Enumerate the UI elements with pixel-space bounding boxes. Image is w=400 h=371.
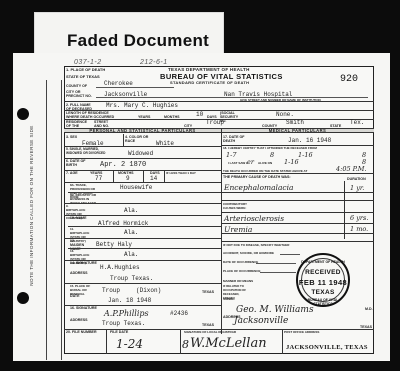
underline: [96, 87, 174, 88]
attended-from-year: 8: [270, 151, 274, 159]
contributory-duration: 1 mo.: [350, 225, 368, 233]
stamp-arc-bottom: BUREAU OF VITAL STATISTICS: [298, 298, 348, 306]
undertaker-signature-label: 16. SIGNATURE: [70, 306, 97, 310]
undertaker-signature: A.P.Phillips: [104, 309, 149, 318]
age-years: 77: [95, 175, 102, 182]
date-of-death: Jan. 16 1948: [288, 137, 331, 144]
date-occurrence-label: DATE OF OCCURRENCE: [223, 260, 258, 264]
stamp-date: FEB 11 1948: [298, 278, 348, 287]
divider: [64, 215, 221, 216]
primary-duration: 1 yr.: [350, 184, 364, 192]
age-less-label: IF LESS THAN 1 DAY: [166, 171, 196, 175]
alive-on: 1-16: [284, 158, 299, 166]
underline: [256, 263, 296, 264]
cell-divider: [143, 170, 144, 182]
birthplace-value: Ala.: [124, 207, 138, 214]
contributory-label: CONTRIBUTORY CAUSES WERE:: [223, 202, 253, 210]
residence-length-label: LENGTH OF RESIDENCE WHERE DEATH OCCURRED: [66, 111, 121, 119]
registrar-signature: W.McLellan: [190, 336, 267, 351]
divider: [221, 173, 374, 174]
stamp-arc-top: DEPARTMENT OF HEALTH: [298, 260, 348, 264]
informant-signature-label: 14. SIGNATURE: [70, 261, 97, 265]
stamp-received: RECEIVED: [298, 269, 348, 276]
physician-title: M.D.: [365, 307, 373, 311]
mother-name: Betty Haly: [96, 241, 132, 248]
divider: [221, 200, 374, 201]
sex-label: 3. SEX: [66, 135, 77, 139]
informant-signature: H.A.Hughies: [100, 264, 140, 271]
reference-mark: 037-1-2: [74, 59, 102, 66]
primary-cause: Encephalomalacia: [224, 183, 294, 192]
occupation-value: Housewife: [120, 184, 152, 191]
accident-label: ACCIDENT, SUICIDE, OR HOMICIDE: [223, 251, 274, 255]
city-precinct-label: CITY OR PRECINCT NO.: [66, 90, 96, 98]
informant-address-label: ADDRESS: [70, 271, 88, 275]
divider: [221, 241, 374, 242]
underline: [260, 272, 296, 273]
column-divider: [221, 128, 222, 334]
burial-place: Troup: [102, 287, 120, 294]
reverse-side-note: NOTE THE INFORMATION CALLED FOR ON THE R…: [26, 90, 36, 320]
file-date: 1-24: [116, 337, 143, 351]
dob-label: 6. DATE OF BIRTH: [66, 159, 88, 167]
divider: [221, 192, 374, 193]
underline: [280, 254, 300, 255]
age-label: 7. AGE: [66, 171, 78, 175]
residence-county: Smith: [286, 119, 304, 126]
medical-section-title: MEDICAL PARTICULARS: [221, 128, 374, 133]
contributory-duration: 6 yrs.: [350, 214, 368, 222]
place-of-death-label: 1. PLACE OF DEATH: [66, 68, 105, 72]
cell-divider: [123, 134, 124, 146]
physician-signature: Geo. M. Williams: [236, 305, 314, 315]
reference-mark: 212-6-1: [140, 59, 168, 66]
certificate-subtitle: STANDARD CERTIFICATE OF DEATH: [170, 80, 249, 85]
divider: [221, 233, 374, 234]
file-number-label: 20. FILE NUMBER: [66, 330, 97, 334]
physician-address: Jacksonville: [234, 316, 288, 326]
death-county: Cherokee: [104, 80, 133, 87]
label-text: Faded Document: [67, 31, 209, 51]
cell-divider: [180, 329, 181, 354]
burial-date-label: DATE: [70, 294, 80, 298]
dob-value: Apr. 2 1870: [100, 161, 146, 169]
informant-address: Troup Texas.: [110, 275, 153, 282]
street-label: STREET AND NO.: [94, 120, 114, 128]
residence-city: Troup: [206, 119, 224, 126]
divider: [221, 212, 374, 213]
manner-label: MANNER OR MEANS: [223, 279, 253, 283]
undertaker-license: #2436: [170, 310, 188, 317]
attended-from: 1-7: [226, 151, 236, 159]
burial-date: Jan. 18 1948: [108, 297, 151, 304]
section-side-strip: [46, 80, 62, 360]
deceased-name: Mrs. Mary C. Hughies: [106, 102, 178, 109]
mother-birthplace: Ala.: [124, 251, 138, 258]
age-months: 9: [126, 175, 130, 182]
certificate-number: 920: [340, 74, 358, 85]
attended-to: 1-16: [298, 151, 313, 159]
date-of-death-label: 17. DATE OF DEATH: [223, 135, 245, 143]
cell-divider: [113, 170, 114, 182]
burial-cemetery: (Dixon): [136, 287, 161, 294]
undertaker-address-label: ADDRESS: [70, 318, 88, 322]
contributory-cause: Arteriosclerosis: [224, 214, 284, 223]
divider: [221, 223, 374, 224]
post-office-label: POST OFFICE ADDRESS: [284, 330, 319, 334]
registrar-label: SIGNATURE OF LOCAL REGISTRAR: [184, 330, 236, 334]
primary-cause-label: THE PRIMARY CAUSE OF DEATH WAS:: [223, 175, 291, 179]
received-stamp: DEPARTMENT OF HEALTH RECEIVED FEB 11 194…: [296, 253, 350, 307]
undertaker-address: Troup Texas.: [102, 320, 145, 327]
burial-state: TEXAS: [202, 290, 214, 294]
post-office-address: JACKSONVILLE, TEXAS: [286, 344, 368, 351]
ssn-value: None.: [276, 111, 294, 118]
file-date-label: FILE DATE: [110, 330, 128, 334]
stamp-state: TEXAS: [298, 289, 348, 296]
personal-section-title: PERSONAL AND STATISTICAL PARTICULARS: [64, 128, 221, 133]
underline: [96, 97, 368, 98]
marital-label: 5. SINGLE, MARRIED, WIDOWED OR DIVORCED: [66, 147, 110, 155]
undertaker-state: TEXAS: [202, 323, 214, 327]
color-label: 4. COLOR OR RACE: [125, 135, 149, 143]
residence-state: Tex.: [350, 119, 364, 126]
death-time: 4:05 P.M.: [336, 165, 367, 173]
county-label: COUNTY OF: [66, 84, 87, 88]
physician-signature-label: SIGNED: [223, 297, 235, 301]
age-days: 14: [150, 175, 157, 182]
last-saw-label: I LAST SAW H: [228, 161, 248, 165]
physician-state: TEXAS: [360, 325, 372, 329]
place-occurrence-label: PLACE OF OCCURRENCE: [223, 269, 261, 273]
state-label: STATE OF TEXAS: [66, 75, 100, 79]
marital-value: Widowed: [128, 150, 153, 157]
father-birthplace: Ala.: [124, 229, 138, 236]
last-saw-pronoun: er: [247, 158, 254, 166]
cell-divider: [106, 329, 107, 354]
alive-on-label: ALIVE ON: [258, 161, 272, 165]
residence-days: 10: [196, 111, 203, 118]
attended-label: 18. I HEREBY CERTIFY THAT I ATTENDED THE…: [223, 146, 317, 150]
cell-divider: [282, 329, 283, 354]
cell-divider: [164, 170, 165, 182]
external-cause-label: IF NOT DUE TO DISEASE, SPECIFY WHETHER: [223, 243, 289, 247]
file-year: 8: [182, 338, 189, 351]
father-name-label: 10. NAME: [70, 216, 87, 220]
